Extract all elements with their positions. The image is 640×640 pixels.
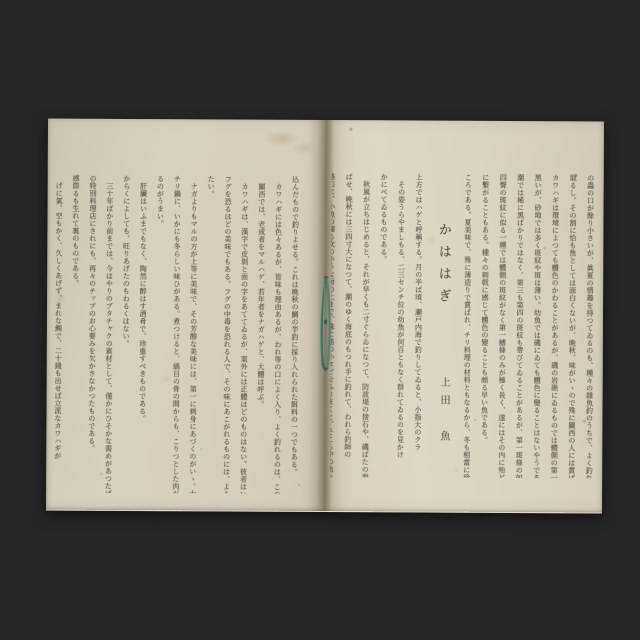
left-page-columns: 込んだもので釣りよせる。これは晩秋の鯛の芋釣に採り入れられた餌料の一つでもある。… (51, 175, 301, 494)
article-body-columns: 上方ではハゲと呼稱する。月の半ば頃、瀬戸内海で釣りしてゐると、小指大のクラ その… (330, 173, 424, 477)
right-page-text: の蟲の口が餘り小さいが、眞夏の情趣を持つてゐるのも、種々の雜魚釣のうちで、よく釣… (330, 173, 596, 478)
text-column: ばせ、晩秋には三四寸大になつて、潮のゆく海底のもつれ手に釣れて、われら釣師の (343, 173, 355, 477)
text-column: 潮では稀に黑ばかりではなく、第三も第四の斑紋も帶びてゐることがあるが、第一斑條の… (514, 174, 526, 478)
text-column: 上方ではハゲと呼稱する。月の半ば頃、瀬戸内海で釣りしてゐると、小指大のクラ (413, 173, 425, 477)
text-column: チリ鍋に、いかにも冬らしい味ひがある。煮つけると、縞目の骨の間からも、こりつとし… (171, 175, 183, 493)
right-page: の蟲の口が餘り小さいが、眞夏の情趣を持つてゐるのも、種々の雜魚釣のうちで、よく釣… (324, 120, 604, 513)
text-column: に繫がることもある。種々の刺戟に感じて體色の變ることも頗る早い魚である。 (479, 174, 491, 478)
text-column: カワハギは環境によつても體色のかわることがあるが、磯の岩礁にゐるものでは體側の第… (549, 174, 561, 478)
left-page: 込んだもので釣りよせる。これは晩秋の鯛の芋釣に採り入れられた餌料の一つでもある。… (46, 119, 326, 512)
text-column: 秋風が立ちはじめると、それが早くも二寸ぐらゐになつて、防波堤の捨石や、磯ばたの海… (360, 173, 372, 477)
text-column: 取るし。その割に恰も魚としては面白くないが、晩秋、味がいゝので殊に關西の人には賞… (567, 174, 579, 478)
text-column: その姿うらやましもる、二三センチ位の幼魚が何百ともなく群れてゐるのを見かけ (395, 173, 407, 477)
text-column: げに氣、空もかく、久しくあげず、まれな鯛で、二十錢も出せば立派なカワハギが (53, 175, 65, 493)
text-column: 感際るも生れて裏のものである。 (69, 175, 81, 493)
text-column: の特別料理店にされにも、再々のチップのお心要みを欠かさなかつたものである。 (86, 175, 98, 493)
binding-thread (316, 272, 337, 376)
text-column: 黑いが、砂地では多く斑紋や斑は薄い。幼魚では磯にゐても體色に變ることはないやうで… (532, 174, 544, 478)
text-column: からくによしても、旺りあげたのもわるくはない。 (120, 175, 132, 493)
text-column: たい。 (205, 175, 217, 493)
text-column: 關西では、老成者をマルハゲ、若年者をナガハゲと、大體は呼ぶ。 (255, 176, 267, 494)
booklet-spread: 込んだもので釣りよせる。これは晩秋の鯛の芋釣に採り入れられた餌料の一つでもある。… (46, 119, 604, 513)
text-column: 肝臟はいふまでもなく、陶然に醉はす酒肴で、珍重すべきものである。 (137, 175, 149, 493)
article-title: かははぎ (437, 223, 452, 311)
text-column: 三十年ばかり前までは、今はやりのブタチャクの素材として、僅かにひそかな需めがあつ… (103, 175, 115, 493)
left-page-text: 込んだもので釣りよせる。これは晩秋の鯛の芋釣に採り入れられた餌料の一つでもある。… (51, 175, 301, 494)
text-column: ころである。夏美味で、殊に薄造りで賞ばれ、チリ料理の材料ともなるから、冬も相當に… (462, 174, 474, 478)
text-column: 四聲の斑紋に似る一種では體側の斑紋がなく第一鰭條のみが極く長く、遂にはその内に殆… (497, 174, 509, 478)
text-column: るのがうまい。 (154, 175, 166, 493)
text-column: カワハギには色々あるが、皆味も理由あるが、われ等の口によく入り、よく釣れるのは、… (272, 176, 284, 494)
text-column: の蟲の口が餘り小さいが、眞夏の情趣を持つてゐるのも、種々の雜魚釣のうちで、よく釣… (584, 174, 596, 478)
text-column: 込んだもので釣りよせる。これは晩秋の鯛の芋釣に採り入れられた餌料の一つでもある。 (289, 176, 301, 494)
author-name: 上田 魚 (438, 377, 449, 449)
text-column: フグを恐るほどの美味でもある。フグの中毒を恐れる人で、その味にあこがれるものには… (222, 175, 234, 493)
title-column: かははぎ 上田 魚 (434, 174, 455, 478)
text-column: かにべてゐるものである。 (378, 173, 390, 477)
text-column: カワハギは、漢字で皮剝と面の字をあててゐるが、案外には正體ほどのものはない。彼者… (238, 176, 250, 494)
text-column: ナガよりもマルの方が上等に美味で、その芳醇な美味には、第一に刺身にあづくのがいゝ… (188, 175, 200, 493)
previous-article-columns: の蟲の口が餘り小さいが、眞夏の情趣を持つてゐるのも、種々の雜魚釣のうちで、よく釣… (462, 174, 596, 479)
photo-background: 込んだもので釣りよせる。これは晩秋の鯛の芋釣に採り入れられた餌料の一つでもある。… (0, 0, 640, 640)
